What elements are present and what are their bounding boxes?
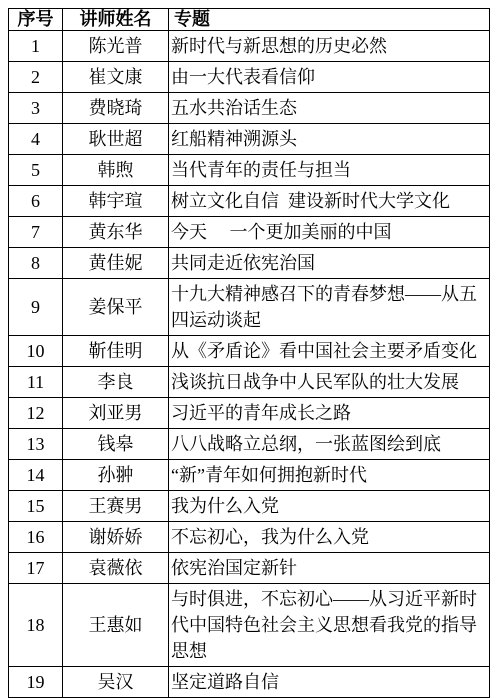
- row-number-cell: 7: [9, 217, 63, 248]
- table-row: 17袁薇依依宪治国定新针: [9, 553, 490, 584]
- table-row: 9姜保平十九大精神感召下的青春梦想——从五四运动谈起: [9, 279, 490, 336]
- topic-cell: 红船精神溯源头: [169, 124, 490, 155]
- table-row: 18王惠如与时俱进，不忘初心——从习近平新时代中国特色社会主义思想看我党的指导思…: [9, 584, 490, 667]
- table-row: 7黄东华今天 一个更加美丽的中国: [9, 217, 490, 248]
- lecturer-name-cell: 崔文康: [63, 62, 169, 93]
- table-row: 11李良浅谈抗日战争中人民军队的壮大发展: [9, 367, 490, 398]
- lecturer-name-cell: 钱皋: [63, 429, 169, 460]
- lecturer-name-cell: 姜保平: [63, 279, 169, 336]
- document-page: 序号 讲师姓名 专题 1陈光普新时代与新思想的历史必然2崔文康由一大代表看信仰3…: [8, 8, 490, 684]
- row-number-cell: 14: [9, 460, 63, 491]
- row-number-cell: 5: [9, 155, 63, 186]
- topic-cell: 八八战略立总纲，一张蓝图绘到底: [169, 429, 490, 460]
- row-number-cell: 2: [9, 62, 63, 93]
- lecturer-name-cell: 韩宇瑄: [63, 186, 169, 217]
- topic-cell: 今天 一个更加美丽的中国: [169, 217, 490, 248]
- lecturer-name-cell: 陈光普: [63, 31, 169, 62]
- table-row: 2崔文康由一大代表看信仰: [9, 62, 490, 93]
- table-row: 5韩煦当代青年的责任与担当: [9, 155, 490, 186]
- lecturer-name-cell: 黄佳妮: [63, 248, 169, 279]
- topic-cell: 共同走近依宪治国: [169, 248, 490, 279]
- header-cell-topic: 专题: [169, 9, 490, 31]
- lecturer-name-cell: 靳佳明: [63, 336, 169, 367]
- topic-cell: 树立文化自信 建设新时代大学文化: [169, 186, 490, 217]
- topic-cell: 坚定道路自信: [169, 667, 490, 685]
- row-number-cell: 16: [9, 522, 63, 553]
- topic-cell: 习近平的青年成长之路: [169, 398, 490, 429]
- row-number-cell: 1: [9, 31, 63, 62]
- table-row: 8黄佳妮共同走近依宪治国: [9, 248, 490, 279]
- lecturer-name-cell: 袁薇依: [63, 553, 169, 584]
- table-row: 16谢娇娇不忘初心，我为什么入党: [9, 522, 490, 553]
- topic-cell: 新时代与新思想的历史必然: [169, 31, 490, 62]
- lecture-schedule-table: 序号 讲师姓名 专题 1陈光普新时代与新思想的历史必然2崔文康由一大代表看信仰3…: [8, 8, 490, 684]
- lecturer-name-cell: 王惠如: [63, 584, 169, 667]
- table-row: 14孙翀“新”青年如何拥抱新时代: [9, 460, 490, 491]
- row-number-cell: 17: [9, 553, 63, 584]
- lecturer-name-cell: 王赛男: [63, 491, 169, 522]
- lecturer-name-cell: 谢娇娇: [63, 522, 169, 553]
- row-number-cell: 19: [9, 667, 63, 685]
- row-number-cell: 4: [9, 124, 63, 155]
- topic-cell: 从《矛盾论》看中国社会主要矛盾变化: [169, 336, 490, 367]
- table-row: 3费晓琦五水共治话生态: [9, 93, 490, 124]
- row-number-cell: 15: [9, 491, 63, 522]
- lecturer-name-cell: 李良: [63, 367, 169, 398]
- table-row: 19吴汉坚定道路自信: [9, 667, 490, 685]
- table-row: 15王赛男我为什么入党: [9, 491, 490, 522]
- lecturer-name-cell: 黄东华: [63, 217, 169, 248]
- table-header: 序号 讲师姓名 专题: [9, 9, 490, 31]
- header-cell-number: 序号: [9, 9, 63, 31]
- row-number-cell: 3: [9, 93, 63, 124]
- table-row: 1陈光普新时代与新思想的历史必然: [9, 31, 490, 62]
- row-number-cell: 13: [9, 429, 63, 460]
- table-row: 10靳佳明从《矛盾论》看中国社会主要矛盾变化: [9, 336, 490, 367]
- topic-cell: 依宪治国定新针: [169, 553, 490, 584]
- topic-cell: “新”青年如何拥抱新时代: [169, 460, 490, 491]
- lecturer-name-cell: 耿世超: [63, 124, 169, 155]
- row-number-cell: 9: [9, 279, 63, 336]
- topic-cell: 由一大代表看信仰: [169, 62, 490, 93]
- topic-cell: 五水共治话生态: [169, 93, 490, 124]
- lecturer-name-cell: 韩煦: [63, 155, 169, 186]
- row-number-cell: 12: [9, 398, 63, 429]
- topic-cell: 当代青年的责任与担当: [169, 155, 490, 186]
- table-row: 4耿世超红船精神溯源头: [9, 124, 490, 155]
- lecturer-name-cell: 吴汉: [63, 667, 169, 685]
- row-number-cell: 18: [9, 584, 63, 667]
- topic-cell: 不忘初心，我为什么入党: [169, 522, 490, 553]
- row-number-cell: 10: [9, 336, 63, 367]
- table-row: 13钱皋八八战略立总纲，一张蓝图绘到底: [9, 429, 490, 460]
- row-number-cell: 6: [9, 186, 63, 217]
- lecturer-name-cell: 孙翀: [63, 460, 169, 491]
- lecturer-name-cell: 费晓琦: [63, 93, 169, 124]
- topic-cell: 与时俱进，不忘初心——从习近平新时代中国特色社会主义思想看我党的指导思想: [169, 584, 490, 667]
- table-body: 1陈光普新时代与新思想的历史必然2崔文康由一大代表看信仰3费晓琦五水共治话生态4…: [9, 31, 490, 685]
- table-row: 6韩宇瑄树立文化自信 建设新时代大学文化: [9, 186, 490, 217]
- header-cell-lecturer-name: 讲师姓名: [63, 9, 169, 31]
- topic-cell: 十九大精神感召下的青春梦想——从五四运动谈起: [169, 279, 490, 336]
- topic-cell: 浅谈抗日战争中人民军队的壮大发展: [169, 367, 490, 398]
- lecturer-name-cell: 刘亚男: [63, 398, 169, 429]
- table-row: 12刘亚男习近平的青年成长之路: [9, 398, 490, 429]
- row-number-cell: 11: [9, 367, 63, 398]
- row-number-cell: 8: [9, 248, 63, 279]
- topic-cell: 我为什么入党: [169, 491, 490, 522]
- header-row: 序号 讲师姓名 专题: [9, 9, 490, 31]
